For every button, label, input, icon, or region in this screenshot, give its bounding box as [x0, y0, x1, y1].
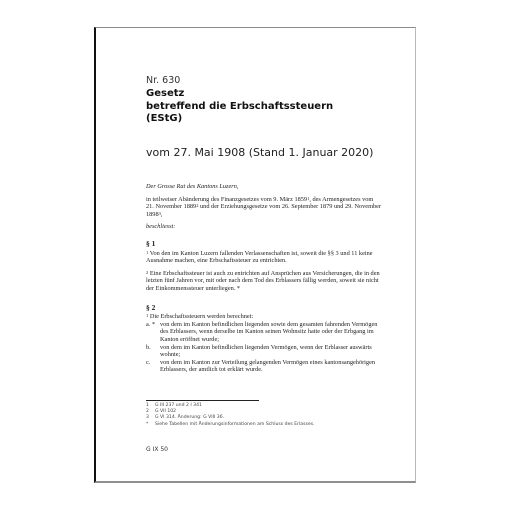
preamble-authority: Der Grosse Rat des Kantons Luzern,: [146, 183, 382, 191]
law-title-line: betreffend die Erbschaftssteuern: [146, 101, 333, 114]
law-title-line: Gesetz: [146, 88, 333, 101]
list-item: a. *von dem im Kanton befindlichen liege…: [146, 321, 382, 344]
section-paragraph: 1 Die Erbschaftssteuern werden berechnet…: [146, 313, 382, 321]
section-paragraph: 1 Von den im Kanton Luzern fallenden Ver…: [146, 250, 382, 265]
section-paragraph: 2 Eine Erbschaftssteuer ist auch zu entr…: [146, 270, 382, 293]
preamble-resolution: beschliesst:: [146, 223, 382, 231]
page-code: G IX 50: [146, 446, 168, 453]
law-title: Gesetz betreffend die Erbschaftssteuern …: [146, 88, 333, 126]
law-body: Der Grosse Rat des Kantons Luzern, in te…: [146, 183, 382, 374]
list-item: b.von dem im Kanton befindlichen liegend…: [146, 344, 382, 359]
footnotes: 1G III 237 und 2 I 341 2G VII 102 3G VI …: [146, 403, 315, 428]
law-date: vom 27. Mai 1908 (Stand 1. Januar 2020): [146, 146, 373, 159]
footnote-divider: [146, 400, 259, 401]
section-heading: § 1: [146, 240, 382, 248]
preamble-recital: in teilweiser Abänderung des Finanzgeset…: [146, 196, 382, 219]
law-title-line: (EStG): [146, 113, 333, 126]
document-page: Nr. 630 Gesetz betreffend die Erbschafts…: [94, 27, 416, 483]
footnote: *Siehe Tabellen mit Änderungsinformation…: [146, 422, 315, 428]
section-heading: § 2: [146, 304, 382, 312]
section-list: a. *von dem im Kanton befindlichen liege…: [146, 321, 382, 374]
law-number: Nr. 630: [146, 75, 180, 86]
list-item: c.von dem im Kanton zur Verteilung gelan…: [146, 359, 382, 374]
